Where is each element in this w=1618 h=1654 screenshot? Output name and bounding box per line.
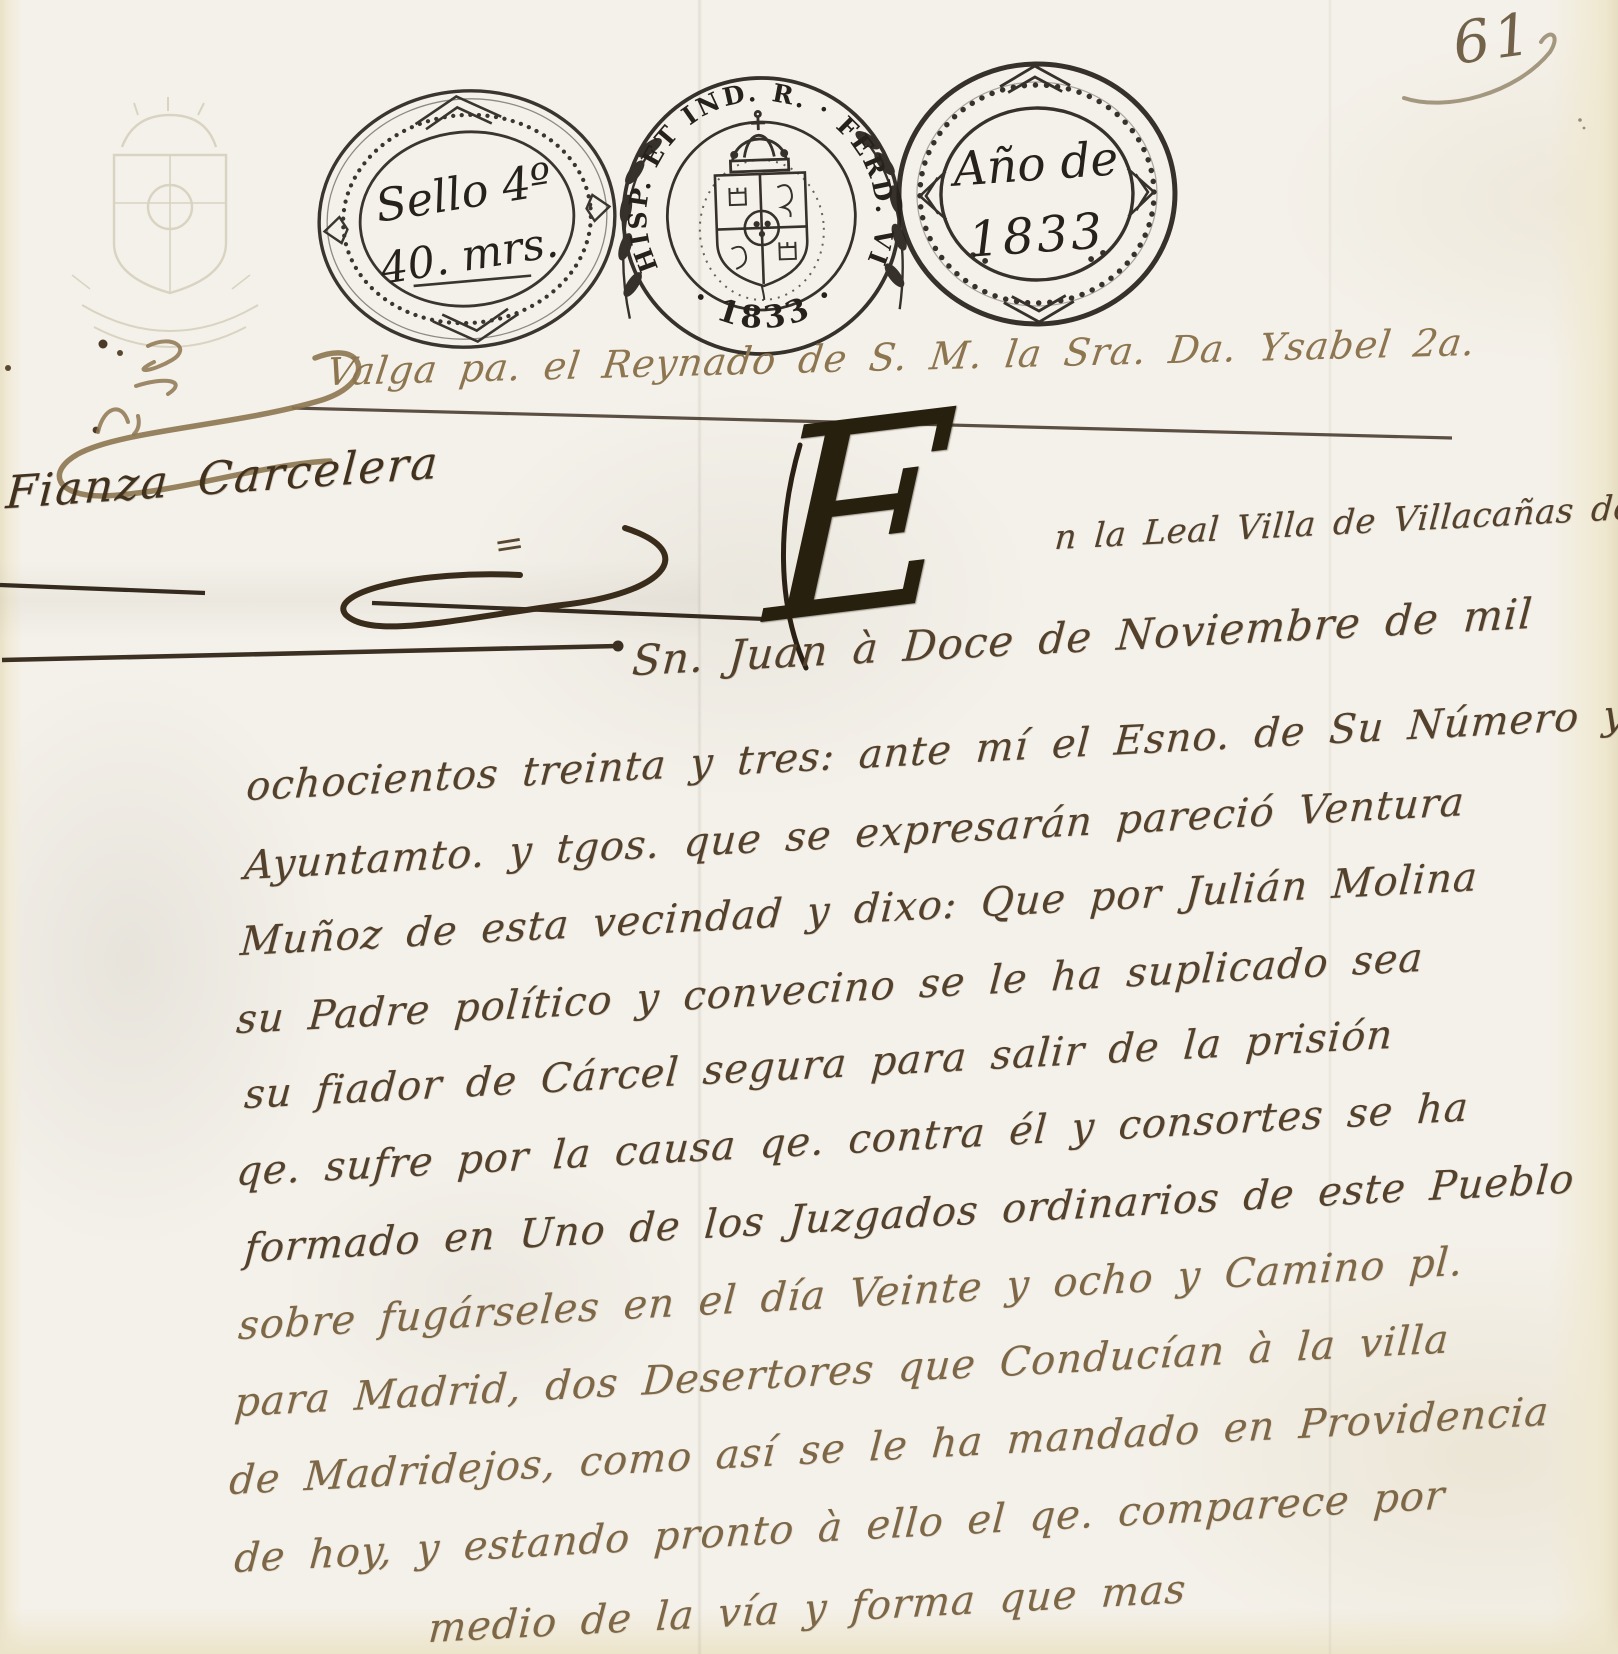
ink-speck: [5, 365, 11, 371]
margin-title-separator: =: [491, 522, 527, 567]
document-page: 61 Sello 4º 40. mrs.: [0, 0, 1618, 1654]
margin-title-underline: [0, 585, 765, 619]
second-ruled-line: [2, 646, 618, 660]
ink-blob: [613, 641, 624, 652]
